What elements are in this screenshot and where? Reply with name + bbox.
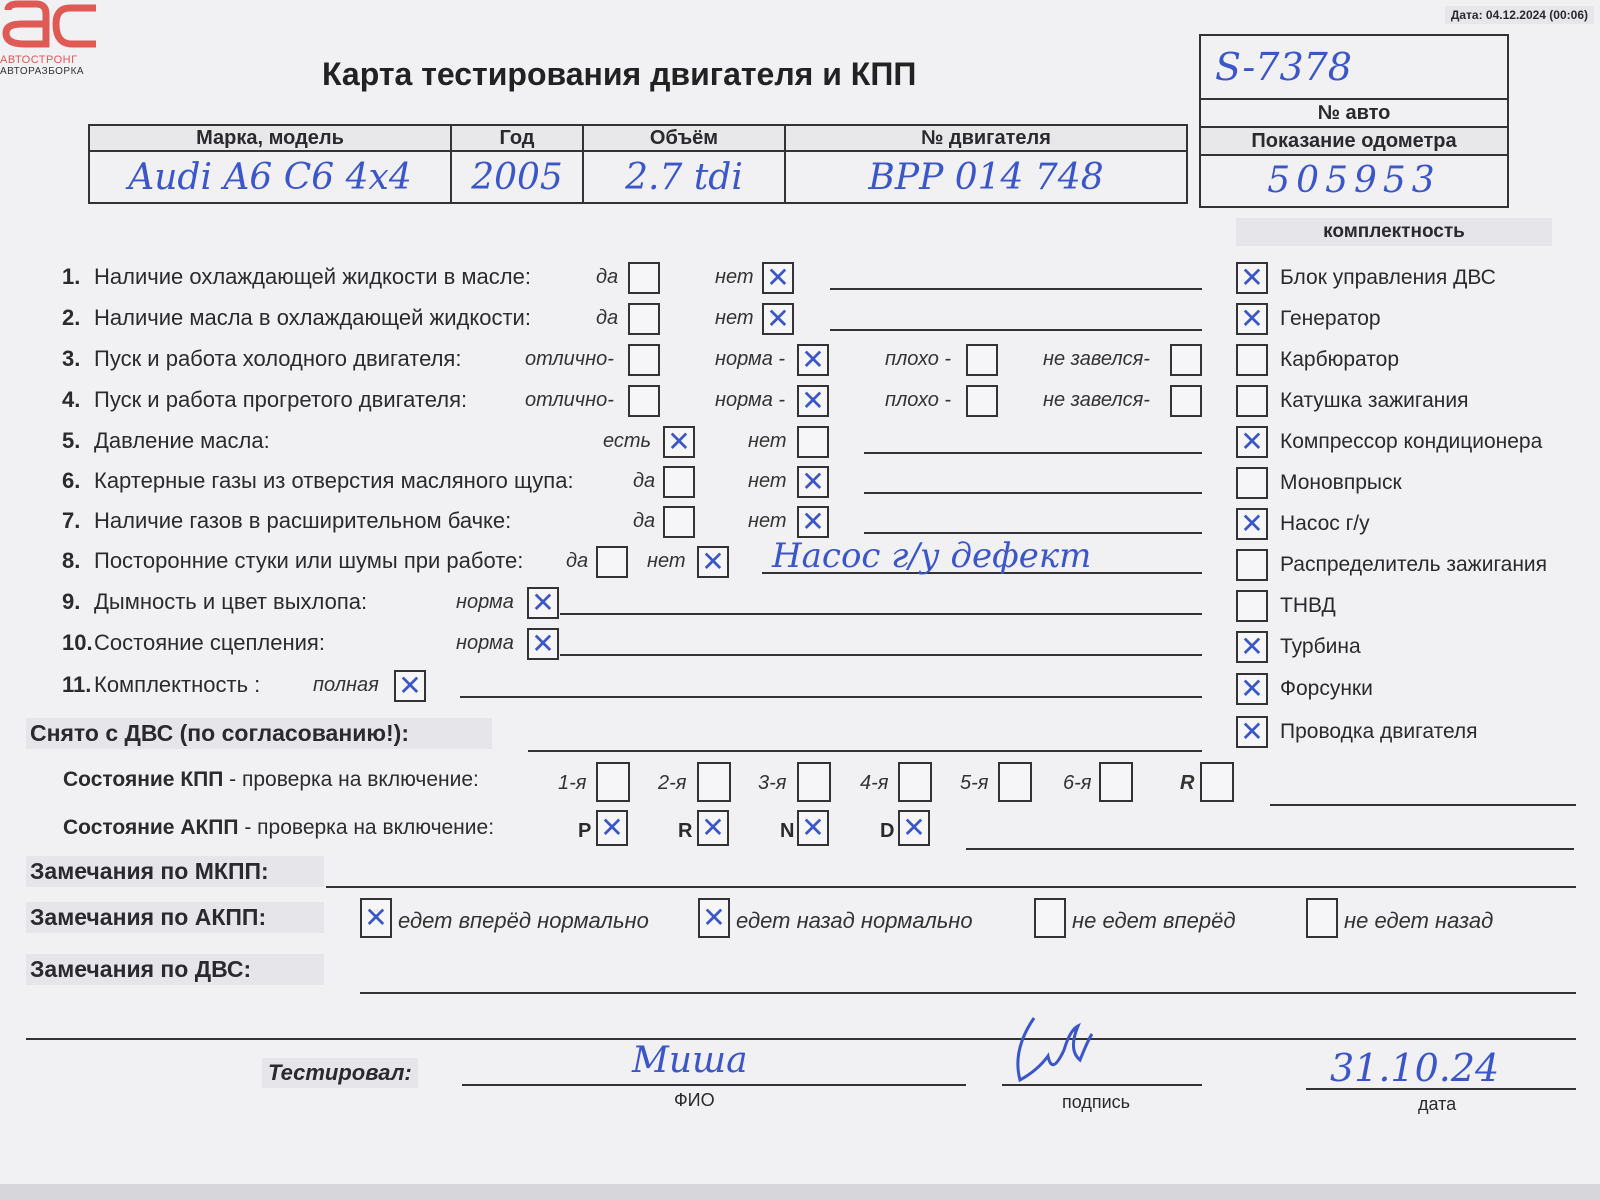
option-checkbox[interactable]: [663, 466, 695, 498]
option-checkbox[interactable]: [966, 385, 998, 417]
note-line[interactable]: [864, 532, 1202, 534]
option-label: да: [633, 510, 655, 533]
kpp-gear-checkbox[interactable]: [596, 762, 630, 802]
name-caption: ФИО: [674, 1090, 715, 1111]
option-checkbox[interactable]: [966, 344, 998, 376]
option-checkbox[interactable]: ✕: [527, 587, 559, 619]
option-label: отлично-: [525, 348, 614, 371]
check-mark-icon: ✕: [701, 814, 724, 842]
question-text: Посторонние стуки или шумы при работе:: [94, 548, 523, 573]
logo-name: АВТОСТРОНГ: [0, 54, 78, 66]
option-label: не завелся-: [1043, 389, 1150, 412]
check-mark-icon: ✕: [1240, 428, 1263, 456]
akpp-remark-label: не едет вперёд: [1072, 908, 1236, 934]
akpp-gear-label: N: [780, 820, 794, 843]
date-caption: дата: [1418, 1094, 1456, 1115]
option-label: есть: [603, 430, 651, 453]
option-checkbox[interactable]: [628, 262, 660, 294]
check-mark-icon: ✕: [801, 346, 824, 374]
check-mark-icon: ✕: [1240, 675, 1263, 703]
question-label: 6.Картерные газы из отверстия масляного …: [62, 468, 574, 494]
check-mark-icon: ✕: [531, 589, 554, 617]
komplektnost-item-label: Блок управления ДВС: [1280, 266, 1496, 290]
question-label: 1.Наличие охлаждающей жидкости в масле:: [62, 264, 531, 290]
question-note[interactable]: Насос г/у дефект: [772, 536, 1091, 576]
check-mark-icon: ✕: [801, 508, 824, 536]
logo-subtitle: АВТОРАЗБОРКА: [0, 66, 84, 77]
kpp-gear-label: 6-я: [1063, 772, 1091, 795]
kpp-gear-label: 2-я: [658, 772, 686, 795]
check-mark-icon: ✕: [702, 904, 725, 932]
vehicle-info-table: Марка, модель Год Объём № двигателя Audi…: [88, 124, 1188, 204]
komplektnost-checkbox[interactable]: [1236, 549, 1268, 581]
option-label: норма: [456, 591, 514, 614]
volume-field[interactable]: 2.7 tdi: [583, 151, 785, 203]
option-label: норма -: [715, 389, 785, 412]
akpp-remark-checkbox[interactable]: [1034, 898, 1066, 938]
option-checkbox[interactable]: [1170, 385, 1202, 417]
dvs-remarks-label: Замечания по ДВС:: [26, 954, 324, 985]
question-number: 1.: [62, 264, 94, 290]
option-checkbox[interactable]: [1170, 344, 1202, 376]
option-label: плохо -: [885, 348, 951, 371]
option-checkbox[interactable]: [797, 426, 829, 458]
komplektnost-item-label: Катушка зажигания: [1280, 389, 1468, 413]
option-label: нет: [715, 266, 754, 289]
removed-label: Снято с ДВС (по согласованию!):: [26, 718, 492, 749]
option-label: не завелся-: [1043, 348, 1150, 371]
kpp-gear-label: 4-я: [860, 772, 888, 795]
option-label: нет: [715, 307, 754, 330]
signature-line: [1002, 1084, 1202, 1086]
komplektnost-item-label: Моновпрыск: [1280, 471, 1402, 495]
question-label: 7.Наличие газов в расширительном бачке:: [62, 508, 511, 534]
page-title: Карта тестирования двигателя и КПП: [322, 56, 916, 93]
komplektnost-checkbox[interactable]: ✕: [1236, 426, 1268, 458]
komplektnost-item-label: Проводка двигателя: [1280, 720, 1478, 744]
header-year: Год: [451, 125, 583, 151]
check-mark-icon: ✕: [902, 814, 925, 842]
test-date[interactable]: 31.10.24: [1330, 1046, 1499, 1090]
question-label: 8.Посторонние стуки или шумы при работе:: [62, 548, 523, 574]
komplektnost-checkbox[interactable]: ✕: [1236, 716, 1268, 748]
option-checkbox[interactable]: ✕: [797, 466, 829, 498]
question-text: Пуск и работа прогретого двигателя:: [94, 387, 467, 412]
mkpp-remarks-label: Замечания по МКПП:: [26, 856, 324, 887]
make-model-field[interactable]: Audi A6 C6 4x4: [89, 151, 451, 203]
question-label: 5.Давление масла:: [62, 428, 270, 454]
komplektnost-checkbox[interactable]: [1236, 385, 1268, 417]
header-volume: Объём: [583, 125, 785, 151]
check-mark-icon: ✕: [398, 672, 421, 700]
kpp-gear-checkbox[interactable]: [697, 762, 731, 802]
header-make-model: Марка, модель: [89, 125, 451, 151]
question-text: Наличие газов в расширительном бачке:: [94, 508, 511, 533]
option-checkbox[interactable]: ✕: [663, 426, 695, 458]
note-line[interactable]: [830, 329, 1202, 331]
check-mark-icon: ✕: [1240, 633, 1263, 661]
komplektnost-item-label: Турбина: [1280, 635, 1361, 659]
question-number: 8.: [62, 548, 94, 574]
mkpp-remarks-line[interactable]: [326, 886, 1576, 888]
question-text: Картерные газы из отверстия масляного щу…: [94, 468, 574, 493]
question-number: 4.: [62, 387, 94, 413]
komplektnost-checkbox[interactable]: ✕: [1236, 631, 1268, 663]
question-text: Состояние сцепления:: [94, 630, 325, 655]
tester-name[interactable]: Миша: [632, 1040, 748, 1081]
akpp-remark-checkbox[interactable]: ✕: [360, 898, 392, 938]
akpp-gear-checkbox[interactable]: ✕: [697, 810, 729, 846]
kpp-gear-label: 3-я: [758, 772, 786, 795]
check-mark-icon: ✕: [766, 305, 789, 333]
note-line[interactable]: [560, 613, 1202, 615]
kpp-gear-checkbox[interactable]: [998, 762, 1032, 802]
question-number: 10.: [62, 630, 94, 656]
option-checkbox[interactable]: ✕: [527, 628, 559, 660]
option-checkbox[interactable]: ✕: [797, 385, 829, 417]
name-line: [462, 1084, 966, 1086]
option-label: нет: [748, 430, 787, 453]
year-field[interactable]: 2005: [451, 151, 583, 203]
option-label: полная: [313, 674, 379, 697]
akpp-remark-checkbox[interactable]: [1306, 898, 1338, 938]
question-label: 9.Дымность и цвет выхлопа:: [62, 589, 367, 615]
question-text: Наличие охлаждающей жидкости в масле:: [94, 264, 531, 289]
akpp-remark-checkbox[interactable]: ✕: [698, 898, 730, 938]
question-label: 10.Состояние сцепления:: [62, 630, 325, 656]
option-checkbox[interactable]: [628, 303, 660, 335]
komplektnost-checkbox[interactable]: [1236, 344, 1268, 376]
kpp-gear-label: 1-я: [558, 772, 586, 795]
check-mark-icon: ✕: [531, 630, 554, 658]
removed-input-line[interactable]: [528, 750, 1202, 752]
note-line[interactable]: [460, 696, 1202, 698]
option-label: отлично-: [525, 389, 614, 412]
note-line[interactable]: [830, 288, 1202, 290]
kpp-gear-checkbox[interactable]: [1099, 762, 1133, 802]
logo-ac-icon: [0, 0, 100, 50]
option-label: да: [566, 550, 588, 573]
dvs-remarks-line-1[interactable]: [360, 992, 1576, 994]
question-text: Пуск и работа холодного двигателя:: [94, 346, 461, 371]
kpp-gear-label: R: [1180, 772, 1194, 795]
option-checkbox[interactable]: [628, 344, 660, 376]
note-line[interactable]: [864, 452, 1202, 454]
akpp-gear-label: P: [578, 820, 591, 843]
question-number: 2.: [62, 305, 94, 331]
question-text: Дымность и цвет выхлопа:: [94, 589, 367, 614]
akpp-note-line[interactable]: [966, 848, 1574, 850]
check-mark-icon: ✕: [766, 264, 789, 292]
check-mark-icon: ✕: [1240, 718, 1263, 746]
question-number: 3.: [62, 346, 94, 372]
akpp-label: Состояние АКПП - проверка на включение:: [63, 816, 494, 840]
paper-edge: [0, 1184, 1600, 1200]
option-checkbox[interactable]: ✕: [394, 670, 426, 702]
option-checkbox[interactable]: ✕: [797, 506, 829, 538]
option-checkbox[interactable]: ✕: [697, 546, 729, 578]
option-label: норма -: [715, 348, 785, 371]
akpp-gear-label: R: [678, 820, 692, 843]
question-label: 2.Наличие масла в охлаждающей жидкости:: [62, 305, 531, 331]
question-number: 7.: [62, 508, 94, 534]
option-checkbox[interactable]: [663, 506, 695, 538]
question-text: Наличие масла в охлаждающей жидкости:: [94, 305, 531, 330]
check-mark-icon: ✕: [801, 387, 824, 415]
komplektnost-item-label: Форсунки: [1280, 677, 1373, 701]
date-line: [1306, 1088, 1576, 1090]
option-label: да: [633, 470, 655, 493]
signature[interactable]: [1008, 1010, 1108, 1090]
question-label: 4.Пуск и работа прогретого двигателя:: [62, 387, 467, 413]
kpp-gear-checkbox[interactable]: [797, 762, 831, 802]
check-mark-icon: ✕: [364, 904, 387, 932]
akpp-gear-checkbox[interactable]: ✕: [596, 810, 628, 846]
kpp-note-line[interactable]: [1270, 804, 1576, 806]
kpp-gear-checkbox[interactable]: [1200, 762, 1234, 802]
question-number: 9.: [62, 589, 94, 615]
kpp-gear-checkbox[interactable]: [898, 762, 932, 802]
komplektnost-item-label: Насос г/у: [1280, 512, 1370, 536]
note-line[interactable]: [560, 654, 1202, 656]
question-text: Давление масла:: [94, 428, 270, 453]
akpp-gear-checkbox[interactable]: ✕: [898, 810, 930, 846]
option-label: норма: [456, 632, 514, 655]
option-label: плохо -: [885, 389, 951, 412]
option-label: нет: [647, 550, 686, 573]
komplektnost-title: комплектность: [1236, 218, 1552, 246]
check-mark-icon: ✕: [1240, 305, 1263, 333]
tested-by-label: Тестировал:: [262, 1058, 418, 1088]
komplektnost-checkbox[interactable]: [1236, 590, 1268, 622]
question-number: 6.: [62, 468, 94, 494]
question-label: 3.Пуск и работа холодного двигателя:: [62, 346, 461, 372]
option-checkbox[interactable]: [596, 546, 628, 578]
car-number-field[interactable]: S-7378: [1201, 36, 1507, 100]
akpp-gear-label: D: [880, 820, 894, 843]
komplektnost-checkbox[interactable]: [1236, 467, 1268, 499]
option-label: да: [596, 307, 618, 330]
odometer-field[interactable]: 505953: [1201, 156, 1507, 206]
signature-caption: подпись: [1062, 1092, 1130, 1113]
option-checkbox[interactable]: [628, 385, 660, 417]
question-text: Комплектность :: [94, 672, 260, 697]
question-number: 11.: [62, 672, 94, 698]
akpp-remarks-label: Замечания по АКПП:: [26, 902, 324, 933]
check-mark-icon: ✕: [1240, 510, 1263, 538]
akpp-gear-checkbox[interactable]: ✕: [797, 810, 829, 846]
komplektnost-item-label: Карбюратор: [1280, 348, 1399, 372]
option-label: нет: [748, 470, 787, 493]
odometer-label: Показание одометра: [1201, 128, 1507, 156]
kpp-gear-label: 5-я: [960, 772, 988, 795]
check-mark-icon: ✕: [600, 814, 623, 842]
option-checkbox[interactable]: ✕: [762, 262, 794, 294]
engine-number-field[interactable]: BPP 014 748: [785, 151, 1187, 203]
logo: [0, 0, 100, 50]
kpp-label: Состояние КПП - проверка на включение:: [63, 768, 479, 792]
question-number: 5.: [62, 428, 94, 454]
komplektnost-item-label: Распределитель зажигания: [1280, 553, 1547, 577]
car-number-label: № авто: [1201, 100, 1507, 128]
option-checkbox[interactable]: ✕: [797, 344, 829, 376]
akpp-remark-label: едет вперёд нормально: [398, 908, 649, 934]
check-mark-icon: ✕: [1240, 264, 1263, 292]
vehicle-box: S-7378 № авто Показание одометра 505953: [1199, 34, 1509, 208]
komplektnost-checkbox[interactable]: ✕: [1236, 303, 1268, 335]
komplektnost-checkbox[interactable]: ✕: [1236, 673, 1268, 705]
komplektnost-checkbox[interactable]: ✕: [1236, 508, 1268, 540]
option-checkbox[interactable]: ✕: [762, 303, 794, 335]
komplektnost-item-label: Компрессор кондиционера: [1280, 430, 1542, 454]
note-line[interactable]: [864, 492, 1202, 494]
check-mark-icon: ✕: [801, 468, 824, 496]
scan-date-stamp: Дата: 04.12.2024 (00:06): [1445, 6, 1594, 24]
komplektnost-item-label: ТНВД: [1280, 594, 1336, 618]
signature-icon: [1008, 1010, 1108, 1090]
option-label: да: [596, 266, 618, 289]
check-mark-icon: ✕: [701, 548, 724, 576]
header-engine-number: № двигателя: [785, 125, 1187, 151]
akpp-remark-label: не едет назад: [1344, 908, 1493, 934]
question-label: 11.Комплектность :: [62, 672, 260, 698]
check-mark-icon: ✕: [801, 814, 824, 842]
option-label: нет: [748, 510, 787, 533]
akpp-remark-label: едет назад нормально: [736, 908, 973, 934]
dvs-remarks-line-2[interactable]: [26, 1038, 1576, 1040]
komplektnost-item-label: Генератор: [1280, 307, 1381, 331]
check-mark-icon: ✕: [667, 428, 690, 456]
komplektnost-checkbox[interactable]: ✕: [1236, 262, 1268, 294]
